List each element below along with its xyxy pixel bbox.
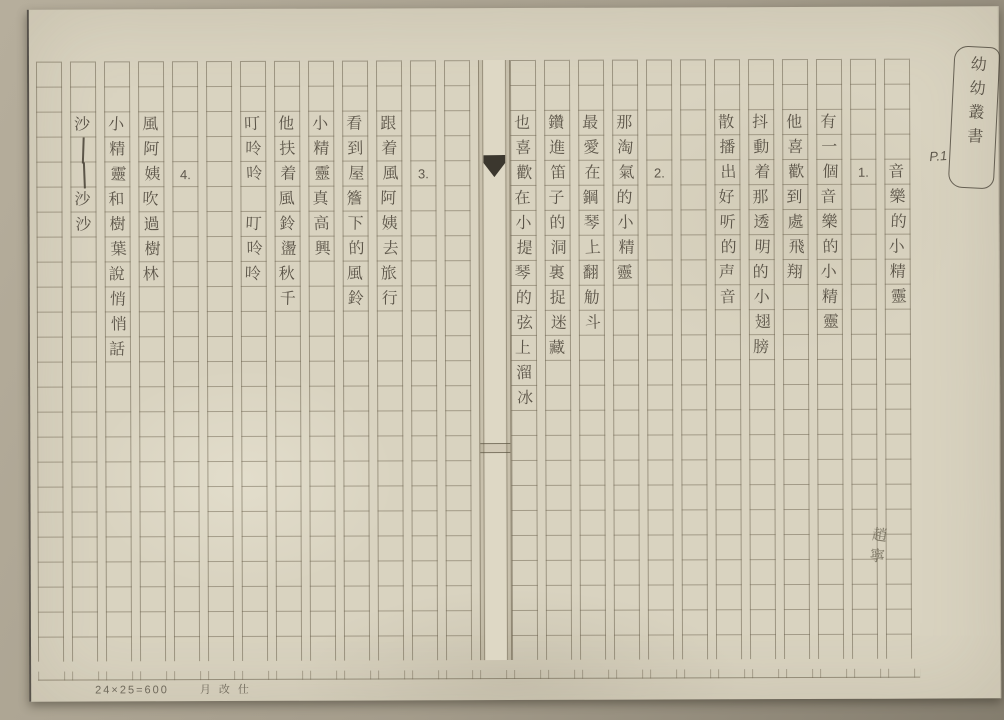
handwritten-character: 的 [511,286,536,312]
handwritten-character: 他 [782,110,807,135]
handwritten-character: 歡 [512,161,536,186]
handwritten-character: 和 [104,187,129,213]
grid-column: 1. [850,59,878,659]
handwritten-character: 精 [885,259,910,285]
grid-column: 散播出好听的声音 [714,59,742,659]
handwritten-character: 叮 [241,211,266,237]
handwritten-character: 的 [886,209,911,235]
manuscript-grid: 音樂的小精靈1.有一個音樂的小精靈他喜歡到處飛翔抖動着那透明的小翅膀散播出好听的… [36,59,920,662]
handwritten-character: 他 [274,111,299,137]
handwritten-character: 阿 [376,186,401,212]
handwritten-character: 樹 [105,212,129,237]
handwritten-character: 捉 [546,286,571,311]
handwritten-character: 看 [342,111,367,137]
grid-column: 看到屋簷下的風鈴 [342,61,370,661]
grid-column-empty [206,61,234,661]
handwritten-character: 提 [512,235,537,261]
handwritten-character [240,187,264,212]
handwritten-character: 洞 [547,236,571,261]
handwritten-character: 小 [308,111,333,136]
handwritten-character: 琴 [579,211,603,236]
handwritten-character: 飛 [785,235,809,260]
grid-column: 他扶着風鈴盪秋千 [274,61,302,661]
grid-column: 3. [410,60,438,660]
handwritten-character: 高 [309,211,334,237]
handwritten-character: 精 [614,235,638,260]
grid-column: 小精靈和樹葉說悄悄話 [104,61,132,661]
handwritten-character: 琴 [510,261,535,286]
section-number: 1. [851,160,875,185]
handwritten-character: 喜 [783,135,808,161]
handwritten-character: 沙 [70,187,94,212]
section-number: 4. [173,162,197,187]
handwritten-character: 呤 [241,137,265,162]
handwritten-character: 悄 [105,287,130,313]
handwritten-character: 声 [714,260,739,286]
handwritten-character: 在 [580,160,605,186]
section-number: 2. [647,160,671,185]
handwritten-character: 小 [512,211,536,236]
handwritten-character: 在 [510,185,535,211]
grid-column: 沙沙沙 [70,61,98,661]
handwritten-character: 跟 [376,111,400,136]
handwritten-character: 出 [716,160,741,186]
handwritten-character: 吹 [138,187,163,213]
handwritten-character: 的 [716,235,741,260]
handwritten-character: 呤 [242,237,267,262]
handwritten-character: 透 [749,210,773,235]
handwritten-character: 鈴 [276,212,300,237]
handwritten-character: 靈 [310,161,335,187]
handwritten-character: 千 [275,286,300,312]
handwritten-character: 有 [816,109,841,135]
handwritten-character: 樂 [817,210,841,235]
handwritten-character: 最 [578,110,603,136]
handwritten-character: 的 [748,260,773,285]
handwritten-character: 小 [884,234,909,259]
handwritten-character: 靈 [886,284,911,310]
handwritten-character: 屋 [344,161,369,187]
handwritten-character: 靈 [106,162,131,188]
handwritten-character: 冰 [513,386,537,411]
scanned-manuscript-page: 音樂的小精靈1.有一個音樂的小精靈他喜歡到處飛翔抖動着那透明的小翅膀散播出好听的… [0,0,1004,720]
grid-column: 也喜歡在小提琴的弦上溜冰 [510,60,538,660]
handwritten-character: 靈 [819,310,844,335]
handwritten-character: 喜 [511,136,536,162]
handwritten-character: 處 [783,209,808,235]
grid-column: 音樂的小精靈 [884,59,912,659]
handwritten-character: 愛 [579,135,604,160]
grid-column: 跟着風阿姨去旅行 [376,60,404,660]
grid-column: 2. [646,59,674,659]
grid-column: 抖動着那透明的小翅膀 [748,59,776,659]
handwritten-character: 小 [817,260,841,285]
grid-column: 小精靈真高興 [308,61,336,661]
handwritten-character: 小 [613,210,638,236]
handwritten-character: 觔 [579,285,604,311]
footer-maker-label: 月改仕 [200,684,257,696]
handwritten-character: 小 [749,285,774,311]
manuscript-paper: 音樂的小精靈1.有一個音樂的小精靈他喜歡到處飛翔抖動着那透明的小翅膀散播出好听的… [27,6,1001,701]
grid-column: 叮呤呤叮呤呤 [240,61,268,661]
handwritten-character: 個 [818,160,843,186]
handwritten-character: 着 [276,162,300,187]
grid-column: 最愛在鋼琴上翻觔斗 [578,60,606,660]
handwritten-character: 藏 [545,335,570,361]
handwritten-character: 膀 [749,335,773,360]
handwritten-character: 旅 [376,261,401,287]
handwritten-character: 翅 [750,310,775,336]
grid-column: 有一個音樂的小精靈 [816,59,844,659]
handwritten-character: 上 [580,235,605,261]
grid-column: 風阿姨吹過樹林 [138,61,166,661]
handwritten-character: 扶 [275,136,300,162]
handwritten-character: 鑽 [544,111,569,136]
handwritten-character: 淘 [613,135,638,161]
handwritten-character: 話 [105,337,130,363]
handwritten-character: 鋼 [578,185,603,211]
handwritten-character: 葉 [106,237,131,263]
bottom-margin-rule [38,669,920,681]
handwritten-character: 下 [343,211,367,236]
handwritten-character: 樹 [140,237,164,262]
fold-inner-rules [482,60,508,660]
handwritten-character: 播 [715,135,739,160]
handwritten-character: 着 [377,136,402,162]
handwritten-character: 精 [309,136,334,162]
handwritten-character: 的 [612,185,637,211]
series-label-text: 幼幼叢書 [959,55,988,188]
handwritten-character: 阿 [139,137,164,163]
grid-column: 4. [172,61,200,661]
handwritten-character: 歡 [784,160,809,186]
series-label-box: 幼幼叢書 [948,45,1001,189]
handwritten-character: 悄 [107,312,132,337]
handwritten-character: 真 [308,186,332,211]
handwritten-character: 沙 [70,112,95,137]
handwritten-character: 精 [105,137,130,162]
handwritten-character: 笛 [546,160,571,186]
handwritten-character [71,137,96,163]
handwritten-character: 沙 [71,212,96,238]
handwritten-character: 翻 [579,261,603,286]
handwritten-character: 着 [750,160,774,185]
grid-column: 鑽進笛子的洞裏捉迷藏 [544,60,572,660]
handwritten-character: 姨 [377,211,402,237]
handwritten-character: 風 [378,161,403,186]
handwritten-character: 抖 [748,110,773,136]
handwritten-character: 那 [748,185,773,211]
handwritten-character: 裏 [544,260,569,286]
handwritten-character: 音 [884,159,909,185]
handwritten-character: 听 [715,210,740,236]
handwritten-character: 散 [714,110,739,136]
handwritten-character: 到 [343,136,368,161]
grid-column: 那淘氣的小精靈 [612,60,640,660]
fold-lower-band [480,443,510,453]
handwritten-character: 的 [344,236,369,262]
handwritten-character: 溜 [511,360,536,386]
handwritten-character: 那 [612,111,636,136]
section-number: 3. [411,161,435,186]
handwritten-character: 林 [138,262,163,288]
handwritten-character: 風 [274,186,299,212]
handwritten-character: 風 [343,262,367,287]
handwritten-character: 動 [749,135,774,161]
handwritten-character: 到 [782,185,806,210]
page-number: P.1 [929,148,948,164]
handwritten-character [72,162,97,188]
handwritten-character: 一 [817,135,842,160]
handwritten-character: 鈴 [343,286,368,312]
grid-column: 他喜歡到處飛翔 [782,59,810,659]
handwritten-character: 也 [510,111,535,137]
handwritten-character: 小 [104,112,129,138]
handwritten-character: 盪 [276,236,301,262]
handwritten-character: 風 [138,112,162,137]
center-fold-column [478,60,512,660]
grid-column-empty [444,60,472,660]
handwritten-character: 氣 [614,160,639,185]
handwritten-character: 的 [545,210,570,236]
handwritten-character: 子 [544,186,568,211]
handwritten-character: 進 [545,135,570,161]
handwritten-character: 呤 [242,161,267,187]
handwritten-character: 上 [511,336,535,361]
handwritten-character: 簷 [342,186,367,212]
handwritten-character: 音 [816,184,841,210]
handwritten-character: 行 [378,286,402,311]
handwritten-character: 斗 [581,310,606,335]
handwritten-character: 說 [105,262,129,287]
handwritten-character: 迷 [547,311,572,337]
handwritten-character: 精 [817,284,842,310]
handwritten-character: 音 [715,285,740,311]
handwritten-character: 弦 [512,310,537,336]
handwritten-character: 的 [818,234,843,260]
handwritten-character: 好 [714,185,738,210]
paper-footer: 24×25=600 月改仕 [95,681,257,698]
handwritten-character: 靈 [612,260,637,286]
handwritten-character: 興 [311,237,335,262]
handwritten-character: 姨 [140,162,165,187]
grid-column-empty [680,59,708,659]
footer-grid-spec: 24×25=600 [95,684,169,696]
grid-column-empty [36,62,64,662]
handwritten-character: 呤 [240,262,265,288]
handwritten-character: 翔 [782,259,807,285]
handwritten-character: 叮 [240,111,265,137]
handwritten-character: 秋 [274,262,299,287]
handwritten-character: 樂 [885,185,909,210]
handwritten-character: 明 [750,235,775,261]
handwritten-character: 過 [139,212,164,238]
handwritten-character: 去 [378,236,402,261]
